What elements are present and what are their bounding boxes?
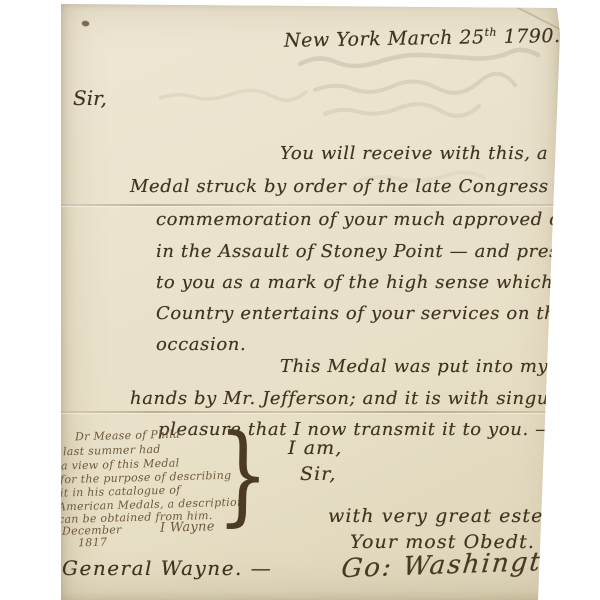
note-signature: I Wayne (160, 519, 215, 535)
letter-line: commemoration of your much approved cond… (156, 209, 600, 230)
note-brace: } (217, 425, 270, 526)
letter-photo: New York March 25th 1790. Sir, You will … (0, 0, 600, 600)
salutation: Sir, (73, 86, 107, 110)
dateline-year: 1790. (497, 25, 561, 48)
note-line: Dr Mease of Phila (75, 428, 180, 444)
letter-line: occasion. (156, 334, 246, 355)
letter-line: Medal struck by order of the late Congre… (130, 176, 574, 197)
dateline: New York March 25th 1790. (284, 25, 561, 52)
closing-line: Sir, (300, 463, 337, 485)
letter-paper: New York March 25th 1790. Sir, You will … (60, 0, 561, 600)
addressee-line: General Wayne. — (62, 556, 272, 580)
letter-line: in the Assault of Stoney Point — and pre… (156, 241, 600, 262)
dateline-ordinal: th (484, 26, 497, 39)
closing-line: with very great esteem (328, 505, 575, 527)
letter-line: to you as a mark of the high sense which… (156, 272, 600, 293)
letter-line: This Medal was put into my (280, 356, 548, 377)
closing-line: I am, (288, 437, 342, 459)
ink-speck (81, 20, 89, 27)
letter-line: Country entertains of your services on t… (156, 303, 576, 324)
fold-crease-upper (60, 204, 561, 206)
note-line: last summer had (63, 443, 161, 459)
letter-line: hands by Mr. Jefferson; and it is with s… (130, 388, 576, 409)
letter-line: You will receive with this, a (280, 143, 548, 164)
note-line: 1817 (78, 536, 108, 550)
fold-crease-lower (60, 411, 561, 413)
dateline-text: New York March 25 (284, 26, 485, 51)
